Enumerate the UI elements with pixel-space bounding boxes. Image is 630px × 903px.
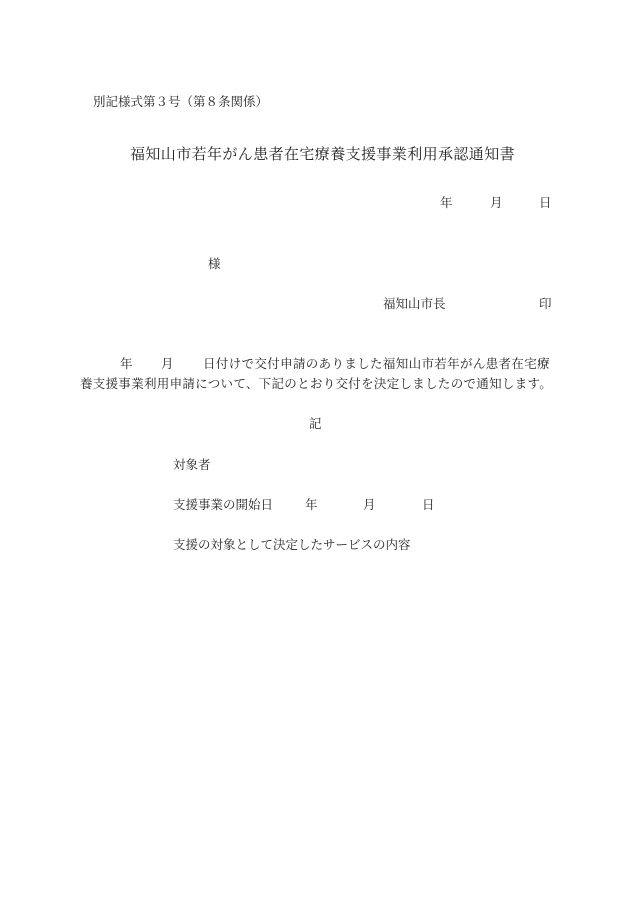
item-target-person: 対象者 (173, 459, 211, 472)
body-line-1: 日付けで交付申請のありました福知山市若年がん患者在宅療 (203, 358, 550, 371)
header-date-month: 月 (490, 197, 503, 210)
start-date-year: 年 (305, 499, 318, 512)
addressee-suffix: 様 (208, 258, 221, 271)
body-date-month: 月 (161, 358, 174, 371)
document-title: 福知山市若年がん患者在宅療養支援事業利用承認通知書 (130, 147, 515, 162)
issuer-name: 福知山市長 (383, 298, 446, 311)
header-date-year: 年 (440, 197, 453, 210)
start-date-label: 支援事業の開始日 (173, 499, 273, 512)
seal-mark: 印 (539, 298, 552, 311)
header-date-day: 日 (539, 197, 552, 210)
body-line-2: 養支援事業利用申請について、下記のとおり交付を決定しましたので通知します。 (80, 378, 552, 391)
body-date-year: 年 (120, 358, 133, 371)
start-date-day: 日 (422, 499, 435, 512)
start-date-month: 月 (363, 499, 376, 512)
ki-heading: 記 (309, 418, 322, 431)
form-label: 別記様式第３号（第８条関係） (93, 96, 268, 109)
item-service-content: 支援の対象として決定したサービスの内容 (173, 539, 411, 552)
